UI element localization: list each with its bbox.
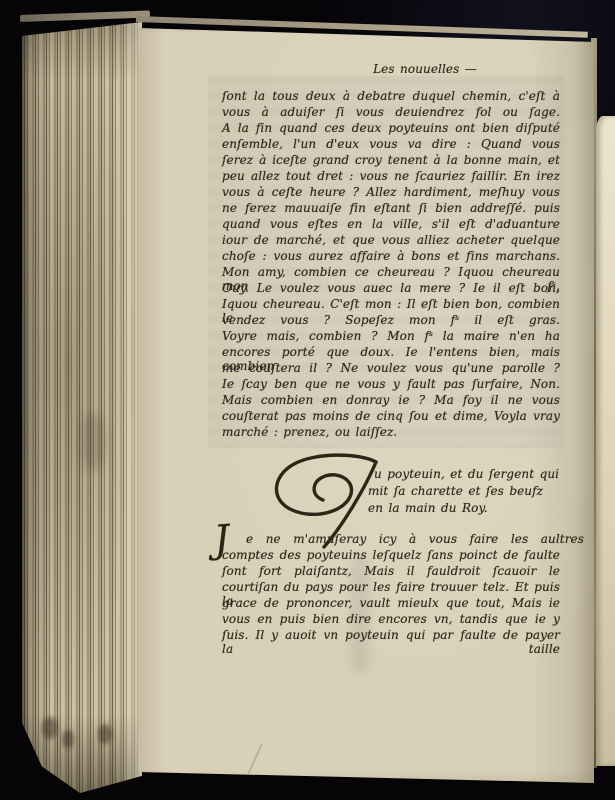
- body-line: iour de marché, et que vous alliez achet…: [222, 233, 560, 247]
- body-line: choſe : vous aurez affaire à bons et fin…: [222, 249, 560, 263]
- body-line: ne ferez mauuaiſe fin eſtant ſi bien add…: [222, 201, 560, 215]
- body-line: comptes des poyteuins leſquelz ſans poin…: [222, 548, 560, 562]
- section-heading-line: mit ſa charette et ſes beufz: [368, 484, 543, 498]
- body-line: ſerez à iceſte grand croy tenent à la bo…: [222, 153, 560, 167]
- stack-smudge: [98, 724, 112, 744]
- body-line: Mais combien en donray ie ? Ma foy il ne…: [222, 393, 560, 407]
- body-line: vous en puis bien dire encores vn, tandi…: [222, 612, 560, 626]
- body-line: grace de prononcer, vault mieulx que tou…: [222, 596, 560, 610]
- body-line: quand vous eſtes en la ville, s'il eſt d…: [222, 217, 560, 231]
- gutter-facing-leaf: [596, 116, 615, 766]
- body-line: peu allez tout dret : vous ne ſcauriez f…: [222, 169, 560, 183]
- body-line: e ne m'amuſeray icy à vous faire les aul…: [222, 532, 584, 546]
- stack-smudge: [42, 717, 58, 739]
- catchword: taille: [222, 642, 560, 656]
- body-line: marché : prenez, ou laiſſez.: [222, 425, 560, 439]
- running-header: Les nouuelles —: [222, 62, 594, 76]
- body-line: vous à ceſte heure ? Allez hardiment, me…: [222, 185, 560, 199]
- body-line: ſont fort plaiſantz, Mais il fauldroit ſ…: [222, 564, 560, 578]
- body-line: couſterat pas moins de cinq ſou et dime,…: [222, 409, 560, 423]
- fore-edge-page-stack: [20, 12, 142, 793]
- scratch-mark: [247, 743, 263, 775]
- section-heading-line: en la main du Roy.: [368, 501, 488, 515]
- body-line: Ie ſcay ben que ne vous y fault pas ſurf…: [222, 377, 560, 391]
- body-line: Ouy. Le voulez vous auec la mere ? Ie il…: [222, 281, 560, 295]
- section-heading-line: u poyteuin, et du ſergent qui: [368, 467, 559, 481]
- body-line: A la fin quand ces deux poyteuins ont bi…: [222, 121, 560, 135]
- manuscript-page: Les nouuelles — ſont la tous deux à deba…: [138, 20, 594, 786]
- body-line: vous à aduiſer ſi vous deuiendrez fol ou…: [222, 105, 560, 119]
- body-line: enſemble, l'un d'eux vous va dire : Quan…: [222, 137, 560, 151]
- body-line: ſont la tous deux à debatre duquel chemi…: [222, 89, 560, 103]
- body-line: vendez vous ? Sopeſez mon fˢ il eſt gras…: [222, 313, 560, 327]
- stack-smudge: [62, 730, 74, 748]
- stack-smudge: [80, 412, 106, 472]
- body-line: me couſtera il ? Ne voulez vous qu'une p…: [222, 361, 560, 375]
- body-line: Voyre mais, combien ? Mon fˢ la maire n'…: [222, 329, 560, 343]
